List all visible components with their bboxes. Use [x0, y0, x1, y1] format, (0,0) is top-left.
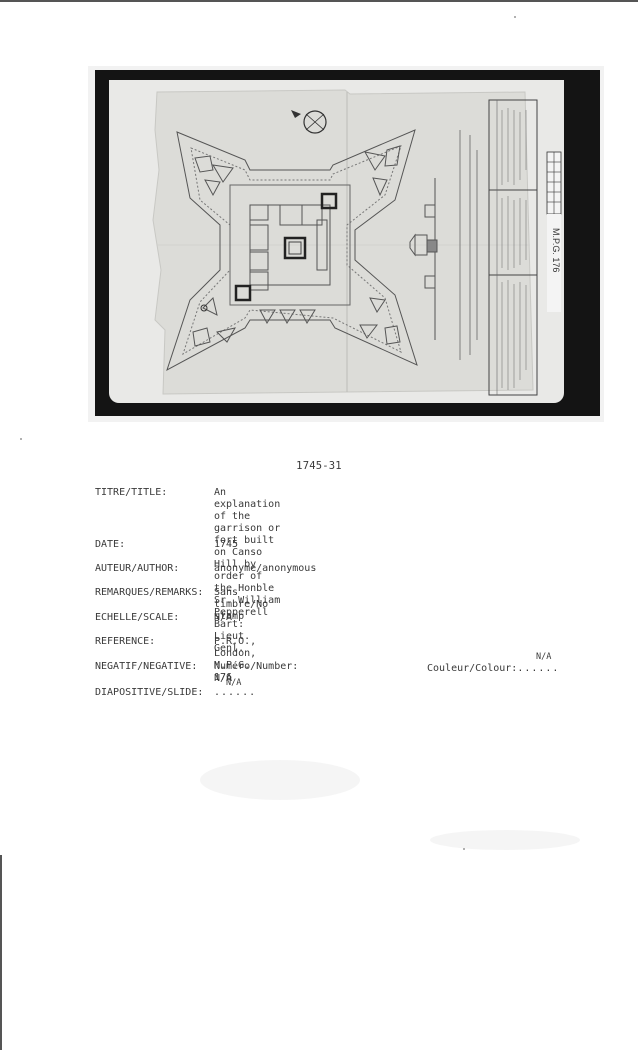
paper-speck — [514, 16, 516, 18]
paper-smudge — [430, 830, 580, 850]
record-id: 1745-31 — [0, 460, 638, 472]
field-colour: Couleur/Colour:...... — [427, 663, 559, 674]
field-label: REFERENCE: — [95, 636, 155, 648]
field-value: 1745 — [214, 539, 238, 551]
field-label: REMARQUES/REMARKS: — [95, 587, 203, 599]
field-label: Couleur/Colour: — [427, 663, 517, 674]
paper-speck — [20, 438, 22, 440]
field-label: DIAPOSITIVE/SLIDE: — [95, 687, 203, 699]
field-label: AUTEUR/AUTHOR: — [95, 563, 179, 575]
fort-plan-drawing — [95, 70, 600, 416]
side-label: M.P.G. 176 — [551, 228, 561, 272]
field-label: ECHELLE/SCALE: — [95, 612, 179, 624]
paper-smudge — [200, 760, 360, 800]
scan-top-edge — [0, 0, 638, 2]
slide-value: N/A — [226, 678, 241, 688]
field-value: anonyme/anonymous — [214, 563, 316, 575]
field-label: DATE: — [95, 539, 125, 551]
paper-speck — [463, 848, 465, 850]
field-dots: ...... — [517, 663, 559, 674]
field-dots: ...... — [214, 687, 256, 699]
field-label: TITRE/TITLE: — [95, 487, 167, 499]
field-label: NEGATIF/NEGATIVE: — [95, 661, 197, 673]
colour-value: N/A — [536, 652, 551, 662]
field-value: N/A — [214, 612, 232, 624]
fort-plan-photograph: M.P.G. 176 — [95, 70, 600, 416]
scan-left-edge — [0, 855, 2, 1050]
